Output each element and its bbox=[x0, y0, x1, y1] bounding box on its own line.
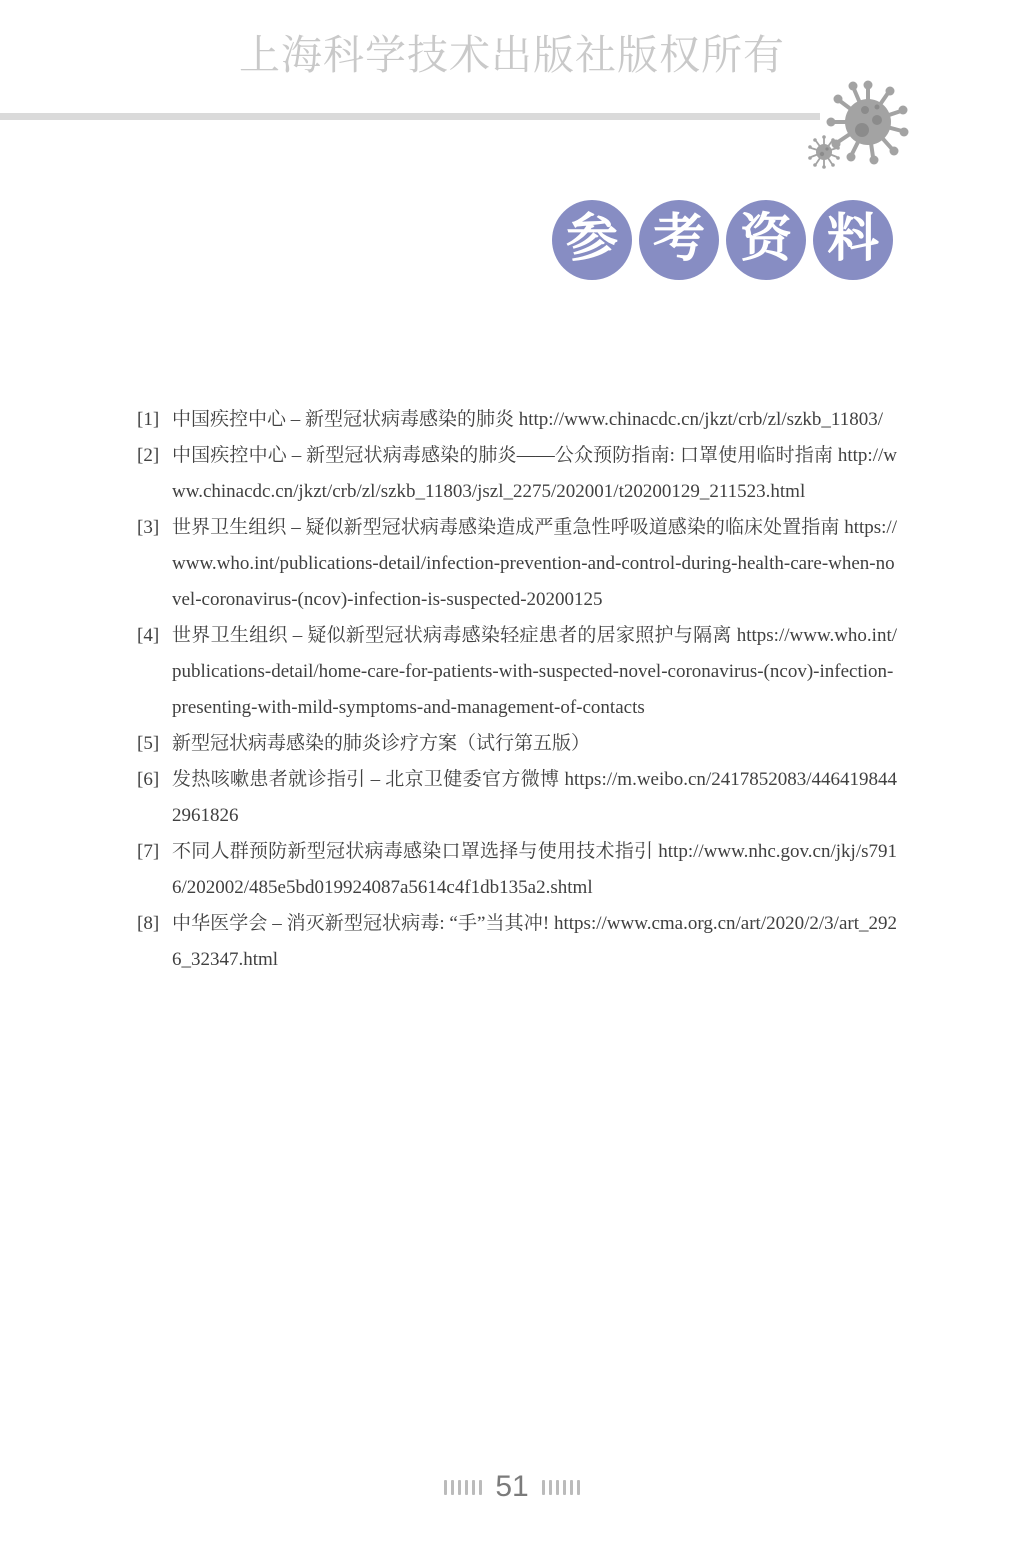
book-page: 上海科学技术出版社版权所有 bbox=[0, 0, 1024, 1568]
virus-icon-large bbox=[827, 81, 909, 165]
reference-text: 中华医学会 – 消灭新型冠状病毒: “手”当其冲! https://www.cm… bbox=[172, 906, 897, 978]
tick-mark bbox=[563, 1480, 566, 1495]
virus-icon bbox=[780, 75, 920, 195]
reference-number: [3] bbox=[137, 510, 172, 546]
page-footer: 51 bbox=[0, 1472, 1024, 1502]
reference-item: [6] 发热咳嗽患者就诊指引 – 北京卫健委官方微博 https://m.wei… bbox=[137, 762, 897, 834]
reference-number: [2] bbox=[137, 438, 172, 474]
reference-item: [5] 新型冠状病毒感染的肺炎诊疗方案（试行第五版） bbox=[137, 726, 897, 762]
reference-number: [6] bbox=[137, 762, 172, 798]
reference-list: [1] 中国疾控中心 – 新型冠状病毒感染的肺炎 http://www.chin… bbox=[137, 402, 897, 978]
page-number: 51 bbox=[495, 1472, 528, 1502]
reference-text: 中国疾控中心 – 新型冠状病毒感染的肺炎 http://www.chinacdc… bbox=[172, 402, 897, 438]
tick-mark bbox=[570, 1480, 573, 1495]
reference-number: [4] bbox=[137, 618, 172, 654]
reference-text: 中国疾控中心 – 新型冠状病毒感染的肺炎——公众预防指南: 口罩使用临时指南 h… bbox=[172, 438, 897, 510]
reference-text: 不同人群预防新型冠状病毒感染口罩选择与使用技术指引 http://www.nhc… bbox=[172, 834, 897, 906]
reference-number: [8] bbox=[137, 906, 172, 942]
publisher-watermark: 上海科学技术出版社版权所有 bbox=[0, 22, 1024, 81]
tick-mark bbox=[472, 1480, 475, 1495]
tick-mark bbox=[542, 1480, 545, 1495]
tick-mark bbox=[465, 1480, 468, 1495]
tick-mark bbox=[444, 1480, 447, 1495]
reference-item: [3] 世界卫生组织 – 疑似新型冠状病毒感染造成严重急性呼吸道感染的临床处置指… bbox=[137, 510, 897, 618]
reference-text: 世界卫生组织 – 疑似新型冠状病毒感染轻症患者的居家照护与隔离 https://… bbox=[172, 618, 897, 726]
tick-mark bbox=[549, 1480, 552, 1495]
reference-text: 世界卫生组织 – 疑似新型冠状病毒感染造成严重急性呼吸道感染的临床处置指南 ht… bbox=[172, 510, 897, 618]
reference-text: 新型冠状病毒感染的肺炎诊疗方案（试行第五版） bbox=[172, 726, 897, 762]
tick-mark bbox=[458, 1480, 461, 1495]
reference-item: [7] 不同人群预防新型冠状病毒感染口罩选择与使用技术指引 http://www… bbox=[137, 834, 897, 906]
tick-mark bbox=[577, 1480, 580, 1495]
reference-number: [5] bbox=[137, 726, 172, 762]
tick-mark bbox=[479, 1480, 482, 1495]
footer-ticks-left bbox=[444, 1480, 482, 1495]
title-badge: 参 bbox=[552, 200, 632, 280]
tick-mark bbox=[556, 1480, 559, 1495]
reference-item: [2] 中国疾控中心 – 新型冠状病毒感染的肺炎——公众预防指南: 口罩使用临时… bbox=[137, 438, 897, 510]
footer-ticks-right bbox=[542, 1480, 580, 1495]
reference-text: 发热咳嗽患者就诊指引 – 北京卫健委官方微博 https://m.weibo.c… bbox=[172, 762, 897, 834]
reference-number: [7] bbox=[137, 834, 172, 870]
title-badge: 料 bbox=[813, 200, 893, 280]
section-title-references: 参 考 资 料 bbox=[552, 200, 893, 280]
title-badge: 资 bbox=[726, 200, 806, 280]
reference-number: [1] bbox=[137, 402, 172, 438]
title-badge: 考 bbox=[639, 200, 719, 280]
tick-mark bbox=[451, 1480, 454, 1495]
reference-item: [4] 世界卫生组织 – 疑似新型冠状病毒感染轻症患者的居家照护与隔离 http… bbox=[137, 618, 897, 726]
reference-item: [8] 中华医学会 – 消灭新型冠状病毒: “手”当其冲! https://ww… bbox=[137, 906, 897, 978]
reference-item: [1] 中国疾控中心 – 新型冠状病毒感染的肺炎 http://www.chin… bbox=[137, 402, 897, 438]
divider-line bbox=[0, 113, 820, 120]
